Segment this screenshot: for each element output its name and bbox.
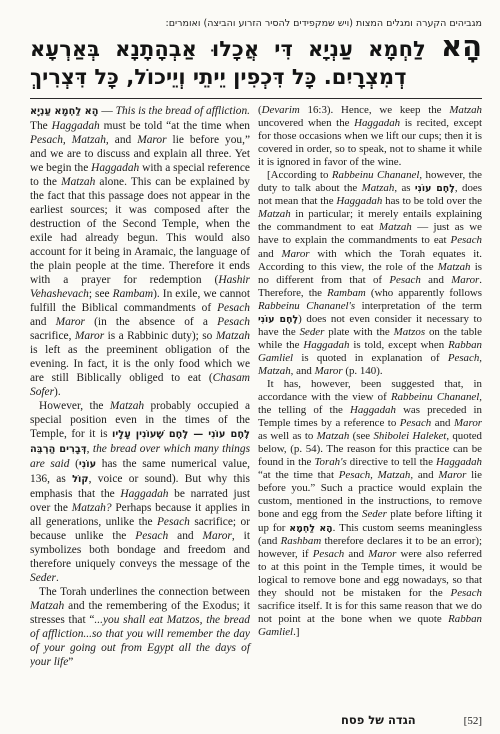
text-run: Seder [362, 508, 387, 520]
text-run: Haggadah [350, 404, 396, 416]
aramaic-passage: הָא לַחְמָא עַנְיָא דִּי אֲכָלוּ אַבְהָת… [30, 31, 482, 93]
text-run: is told, except when [349, 339, 448, 351]
text-run: Haggadah [91, 162, 139, 174]
text-run: Maror [451, 274, 479, 286]
text-run: Rashbam [281, 535, 322, 547]
text-run: Maror [75, 330, 104, 342]
text-run: Seder [300, 326, 325, 338]
text-run: as well as to [258, 430, 317, 442]
text-run: (in the absence of a [85, 316, 217, 328]
text-run: Matzah [61, 176, 95, 188]
section-divider-rule [30, 98, 482, 99]
text-run: Maror [137, 134, 166, 146]
text-run: Haggadah [436, 456, 482, 468]
text-run: Matzah [258, 208, 291, 220]
text-run: Haggadah [52, 120, 100, 132]
text-run: The [30, 120, 52, 132]
text-run: and [413, 469, 438, 481]
text-run: and [421, 274, 451, 286]
text-run: is a Rabbinic duty); so [104, 330, 216, 342]
text-run: and [258, 248, 282, 260]
text-run: 16:3). Hence, we keep the [300, 104, 450, 116]
page-footer: הגדה של פסח [52] [30, 713, 482, 727]
footer-book-title: הגדה של פסח [341, 713, 416, 727]
text-run: Pesach [451, 234, 482, 246]
text-run: and [431, 417, 454, 429]
text-run: Maror [56, 316, 85, 328]
text-run: uncovered when the [258, 117, 354, 129]
text-run: The Torah underlines the connection betw… [39, 586, 250, 598]
text-run: Matzah [438, 261, 471, 273]
commentary-paragraph: הָא לַחְמָא עַנְיָא — This is the bread … [30, 104, 250, 399]
text-run: Haggadah [120, 488, 168, 500]
text-run: Matzah [379, 221, 412, 233]
text-run: Haggadah [303, 339, 349, 351]
text-run: Haggadah [354, 117, 400, 129]
text-run: Torah's [315, 456, 347, 468]
text-run: . [56, 572, 59, 584]
commentary-paragraph: It has, however, been suggested that, in… [258, 378, 482, 639]
text-run: Pesach [135, 530, 168, 542]
text-run: Matzos [394, 326, 425, 338]
text-run: and [293, 365, 314, 377]
passage-line-2: דְמִצְרָיִם. כָּל דִּכְפִין יֵיתֵי וְיֵי… [30, 62, 482, 93]
commentary-column-right: (Devarim 16:3). Hence, we keep the Matza… [258, 104, 482, 712]
text-run: is quoted in explanation of [293, 352, 448, 364]
text-run: (p. 140). [343, 365, 383, 377]
text-run: sacrifice, [30, 330, 75, 342]
text-run: Matzah [362, 182, 395, 194]
footer-page-number: [52] [464, 715, 482, 727]
text-run: Haggadah [336, 195, 382, 207]
text-run: Pesach [451, 587, 482, 599]
text-run: Matzah [110, 400, 144, 412]
text-run: (see [349, 430, 373, 442]
text-run: Maror [438, 469, 466, 481]
text-run: ). [54, 386, 61, 398]
passage-line-1-text: לַחְמָא עַנְיָא דִּי אֲכָלוּ אַבְהָתָנָא… [30, 37, 426, 61]
text-run: Pesach [389, 274, 420, 286]
text-run: alone. This can be explained by the fact… [30, 176, 250, 286]
text-run: plate with the [324, 326, 393, 338]
text-run: and [109, 134, 137, 146]
text-run: Pesach [217, 316, 250, 328]
text-run: Matzah [30, 600, 64, 612]
text-run: Maror [315, 365, 343, 377]
text-run: Rabbeinu Chananel [332, 169, 420, 181]
text-run: ( [69, 458, 78, 470]
commentary-paragraph: However, the Matzah probably occupied a … [30, 399, 250, 585]
text-run: Maror [454, 417, 482, 429]
hebrew-term: לֶחֶם עוֹנִי [415, 183, 455, 194]
text-run: Pesach [313, 548, 344, 560]
text-run: must be told “at the time when [100, 120, 250, 132]
text-run: Matzah [317, 430, 350, 442]
text-run: Rabbeinu Chananel [391, 391, 479, 403]
text-run: Shibolei Haleket [373, 430, 446, 442]
text-run: , as [394, 182, 415, 194]
text-run: — [99, 105, 116, 117]
text-run: Matzah [449, 104, 482, 116]
text-run: [According to [267, 169, 332, 181]
hebrew-term: הָא לַחְמָא [289, 523, 332, 534]
text-run: This is the bread of affliction. [116, 105, 250, 117]
text-run: Maror [368, 548, 396, 560]
commentary-paragraph: The Torah underlines the connection betw… [30, 585, 250, 669]
commentary-paragraph: (Devarim 16:3). Hence, we keep the Matza… [258, 104, 482, 169]
commentary-column-left: הָא לַחְמָא עַנְיָא — This is the bread … [30, 104, 250, 712]
text-run: Maror [203, 530, 232, 542]
text-run: “at the time that [258, 469, 339, 481]
text-run: Devarim [262, 104, 300, 116]
hebrew-term: קוֹל [72, 474, 89, 485]
commentary-section: הָא לַחְמָא עַנְיָא — This is the bread … [30, 104, 482, 712]
passage-opening-word: הָא [441, 29, 482, 63]
text-run: Maror [282, 248, 310, 260]
text-run: Rambam [113, 288, 154, 300]
text-run: Pesach [157, 516, 190, 528]
text-run: Pesach, Matzah, [339, 469, 413, 481]
text-run: interpretation of the term [355, 300, 482, 312]
text-run: Pesach, Matzah, [30, 134, 109, 146]
text-run: ” [68, 656, 73, 668]
text-run: Pesach [400, 417, 431, 429]
text-run: Seder [30, 572, 56, 584]
text-run: directive to tell the [347, 456, 436, 468]
text-run: ; see [89, 288, 113, 300]
text-run: and [30, 316, 56, 328]
text-run: Matzah? [72, 502, 112, 514]
hebrew-term: הָא לַחְמָא עַנְיָא [30, 106, 99, 117]
passage-line-1: הָא לַחְמָא עַנְיָא דִּי אֲכָלוּ אַבְהָת… [30, 31, 482, 62]
text-run: Pesach [217, 302, 250, 314]
commentary-paragraph: [According to Rabbeinu Chananel, however… [258, 169, 482, 378]
text-run: However, the [39, 400, 110, 412]
text-run: and [344, 548, 368, 560]
text-run: .] [293, 626, 299, 638]
hebrew-term: עוֹנִי [79, 459, 96, 470]
text-run: Rambam [327, 287, 366, 299]
text-run: Matzah [216, 330, 250, 342]
haggadah-page: מגביהים הקערה ומגלים המצות (ויש שמקפידים… [0, 0, 500, 734]
text-run: Rabbeinu Chananel's [258, 300, 355, 312]
ritual-instruction-header: מגביהים הקערה ומגלים המצות (ויש שמקפידים… [30, 18, 482, 29]
text-run: and [168, 530, 202, 542]
hebrew-term: לֶחֶם עוֹנִי [258, 314, 298, 325]
text-run: (who apparently follows [366, 287, 482, 299]
text-run: has to be told over the [382, 195, 482, 207]
